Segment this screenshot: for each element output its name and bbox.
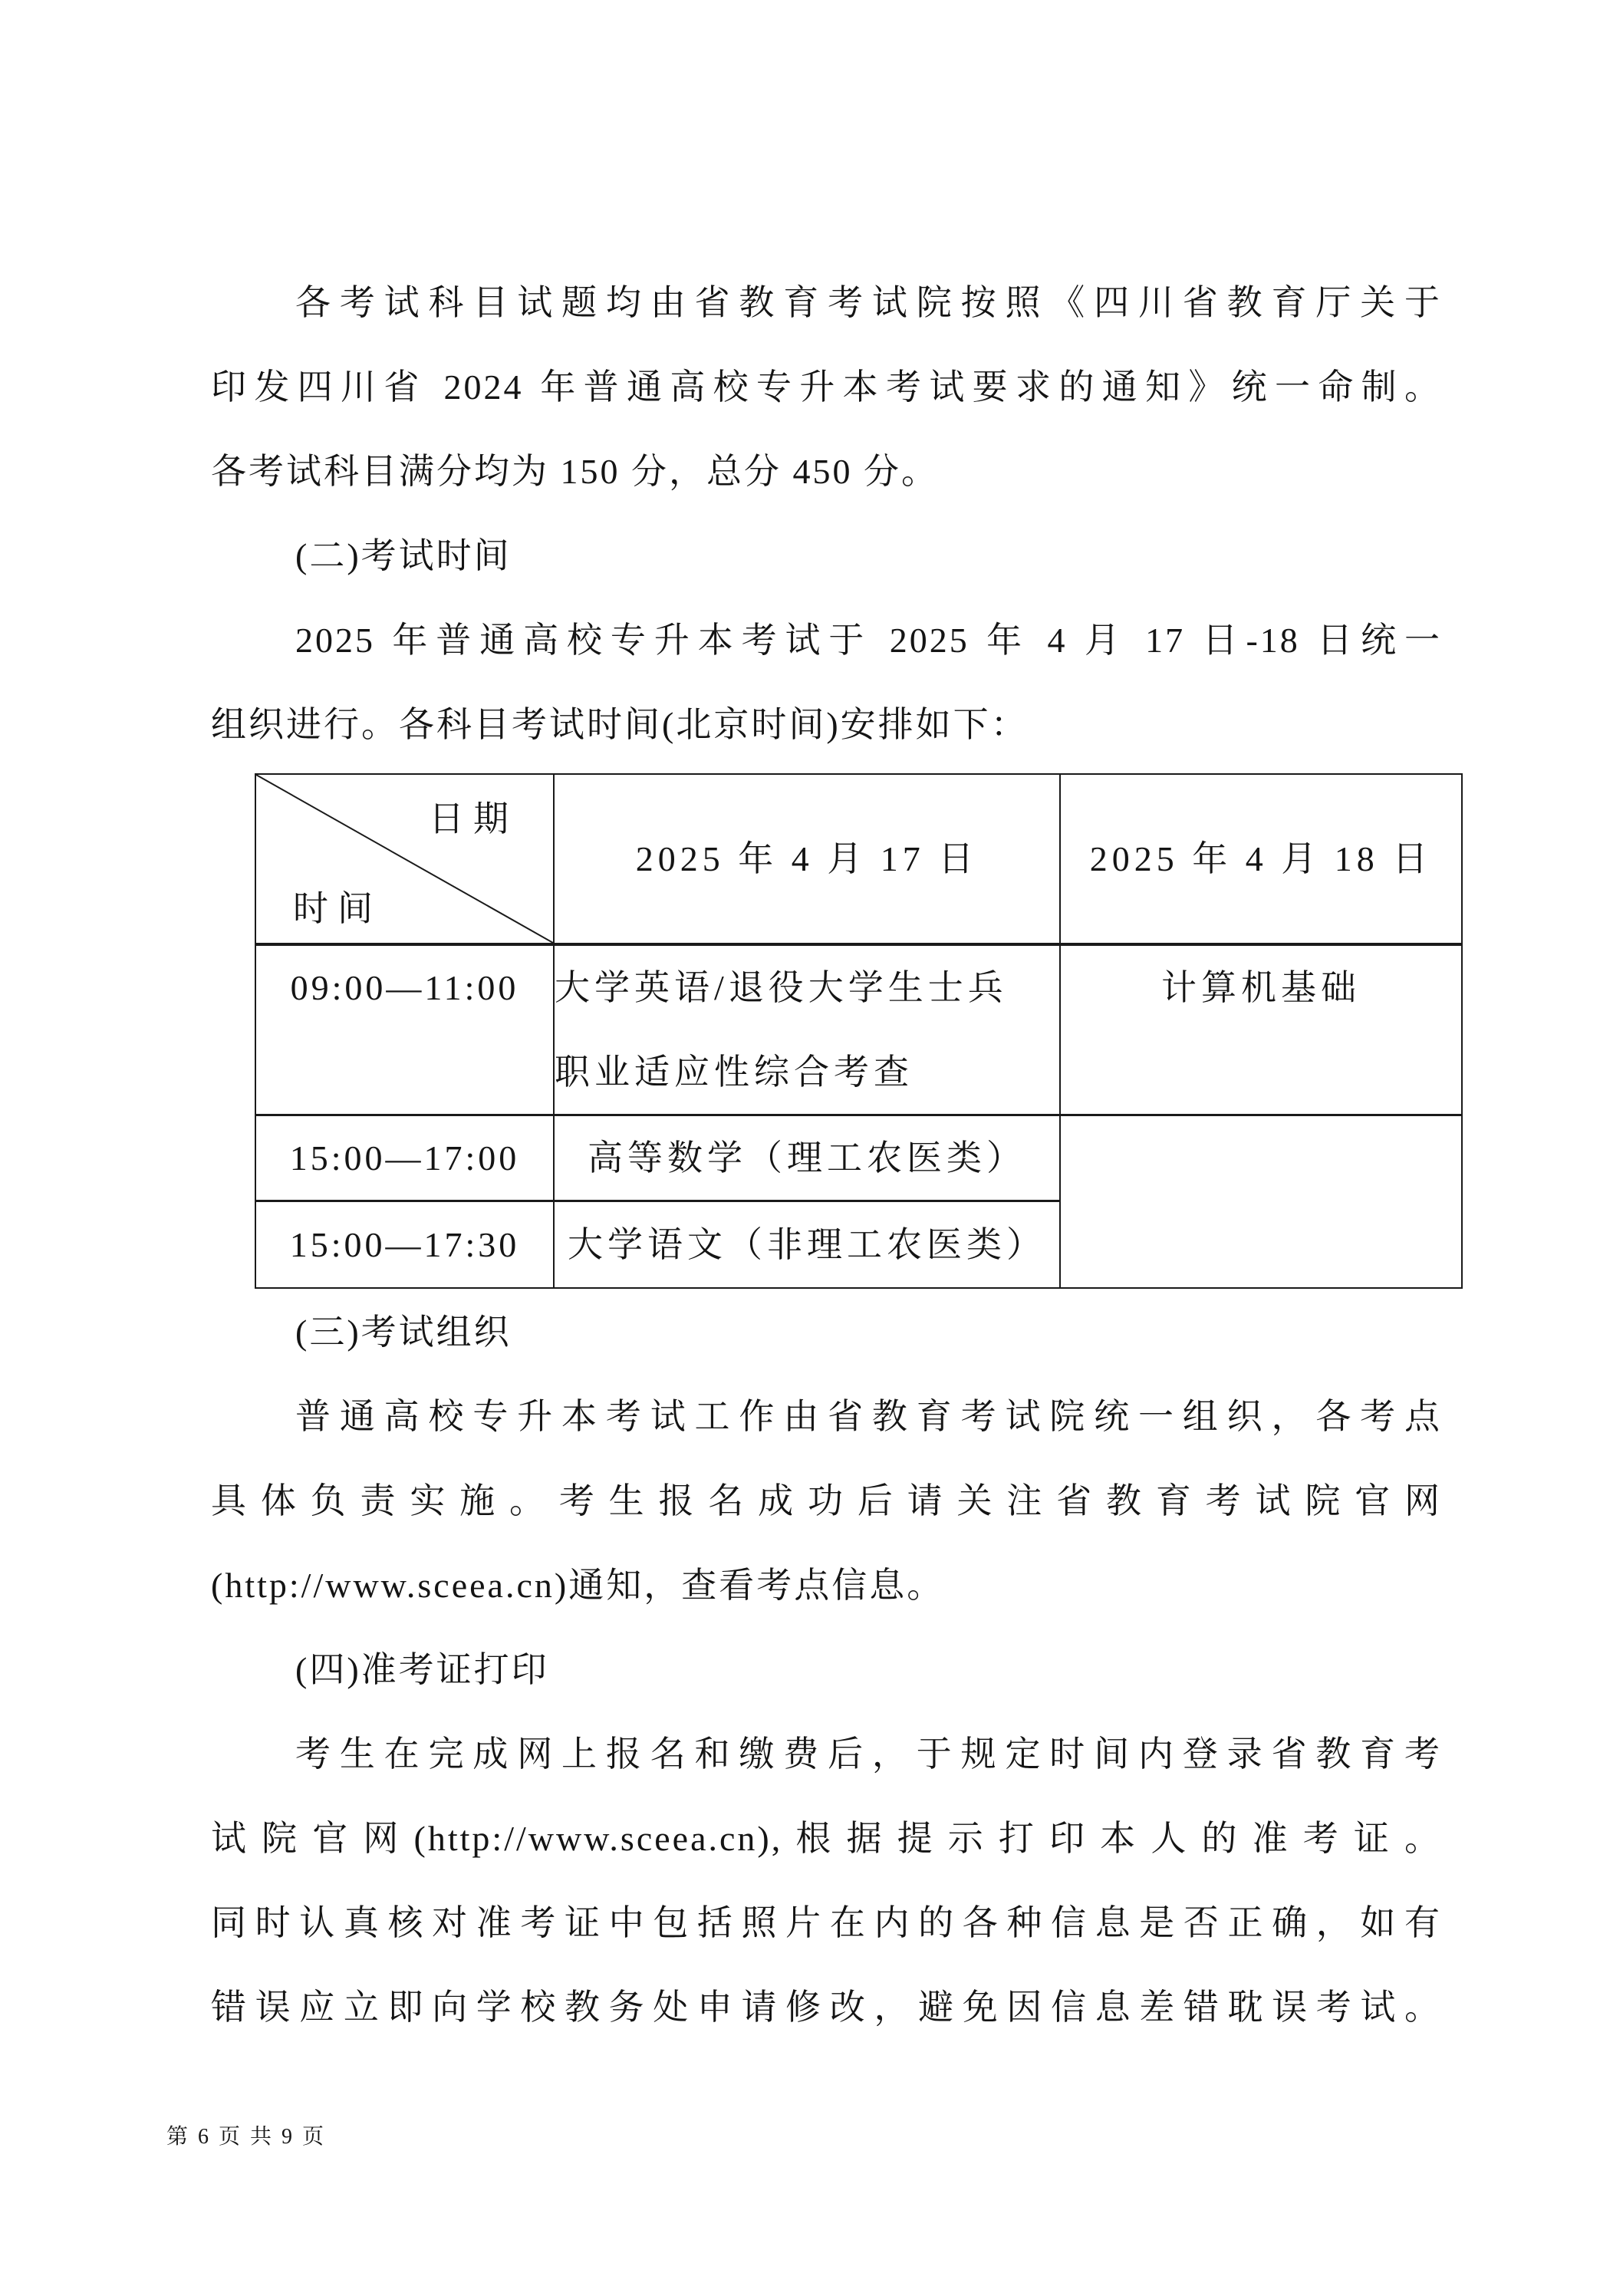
subject-line: 大学英语/退役大学生士兵 [555,946,1008,1030]
subject-line: 职业适应性综合考查 [555,1030,914,1115]
paragraph-line: 2025 年普通高校专升本考试于 2025 年 4 月 17 日-18 日统一 [211,619,1442,662]
table-cell-subject: 大学语文（非理工农医类） [555,1202,1061,1287]
paragraph-line: 组织进行。各科目考试时间(北京时间)安排如下： [211,703,1442,746]
page-number-footer: 第 6 页 共 9 页 [166,2120,326,2150]
paragraph-line: (http://www.sceea.cn)通知，查看考点信息。 [211,1564,1442,1607]
corner-label-date: 日期 [429,798,518,841]
table-header-apr18: 2025 年 4 月 18 日 [1061,775,1461,946]
table-cell-time: 09:00—11:00 [256,946,555,1116]
paragraph-line: 普通高校专升本考试工作由省教育考试院统一组织，各考点 [211,1395,1442,1438]
paragraph-line: 考生在完成网上报名和缴费后，于规定时间内登录省教育考 [211,1733,1442,1776]
section-heading-4: (四)准考证打印 [211,1649,1442,1692]
table-cell-subject: 高等数学（理工农医类） [555,1116,1061,1202]
section-heading-3: (三)考试组织 [211,1311,1442,1354]
table-cell-subject: 大学英语/退役大学生士兵 职业适应性综合考查 [555,946,1061,1116]
table-cell-time: 15:00—17:30 [256,1202,555,1287]
table-cell-subject: 计算机基础 [1061,946,1461,1116]
table-corner-cell: 日期 时间 [256,775,555,946]
paragraph-line: 试院官网(http://www.sceea.cn),根据提示打印本人的准考证。 [211,1817,1442,1860]
paragraph-line: 印发四川省 2024 年普通高校专升本考试要求的通知》统一命制。 [211,366,1442,409]
table-cell-empty-merged [1061,1116,1461,1287]
paragraph-line: 同时认真核对准考证中包括照片在内的各种信息是否正确，如有 [211,1902,1442,1945]
exam-schedule-table: 日期 时间 2025 年 4 月 17 日 2025 年 4 月 18 日 09… [255,773,1463,1289]
paragraph-line: 各考试科目满分均为 150 分，总分 450 分。 [211,450,1442,493]
paragraph-line: 错误应立即向学校教务处申请修改，避免因信息差错耽误考试。 [211,1986,1442,2029]
corner-label-time: 时间 [293,888,382,931]
paragraph-line: 具体负责实施。考生报名成功后请关注省教育考试院官网 [211,1480,1442,1523]
document-page: 各考试科目试题均由省教育考试院按照《四川省教育厅关于 印发四川省 2024 年普… [0,0,1623,2296]
section-heading-2: (二)考试时间 [211,535,1442,578]
paragraph-line: 各考试科目试题均由省教育考试院按照《四川省教育厅关于 [211,282,1442,324]
table-cell-time: 15:00—17:00 [256,1116,555,1202]
table-header-apr17: 2025 年 4 月 17 日 [555,775,1061,946]
